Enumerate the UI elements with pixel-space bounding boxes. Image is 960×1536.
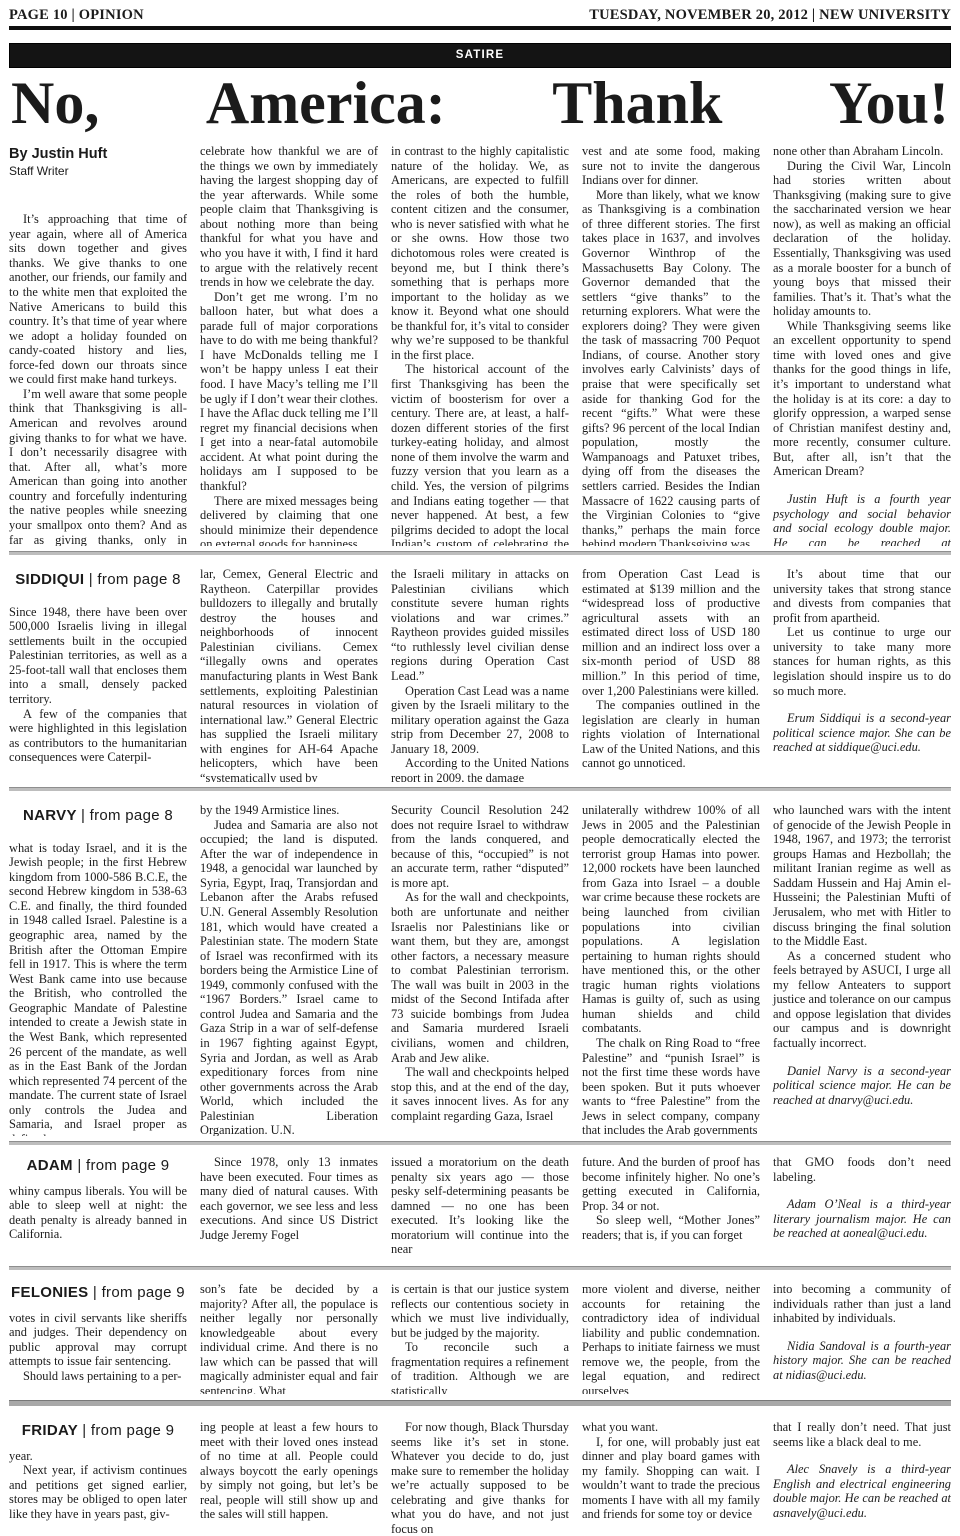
article-narvy-continuation: NARVY | from page 8what is today Israel,… [9, 803, 951, 1136]
paragraph: It’s about time that our university take… [773, 567, 951, 625]
paragraph: The companies outlined in the legislatio… [582, 698, 760, 771]
paragraph: Operation Cast Lead was a name given by … [391, 684, 569, 757]
column: vest and ate some food, making sure not … [582, 144, 760, 546]
paragraph: celebrate how thankful we are of the thi… [200, 144, 378, 290]
paragraph: who launched wars with the intent of gen… [773, 803, 951, 949]
section-divider [9, 551, 951, 555]
author-bio: Alec Snavely is a third-year English and… [773, 1462, 951, 1520]
column: lar, Cemex, General Electric and Raytheo… [200, 567, 378, 782]
continuation-header-name: FRIDAY [22, 1422, 82, 1439]
paragraph: It’s approaching that time of year again… [9, 212, 187, 387]
section-divider [9, 1266, 951, 1270]
column: ADAM | from page 9whiny campus liberals.… [9, 1155, 187, 1261]
column: Security Council Resolution 242 does not… [391, 803, 569, 1136]
author-bio: Nidia Sandoval is a fourth-year history … [773, 1339, 951, 1383]
column: celebrate how thankful we are of the thi… [200, 144, 378, 546]
continuation-header: FRIDAY | from page 9 [9, 1422, 187, 1440]
headline-word: America: [206, 68, 446, 138]
paragraph: Security Council Resolution 242 does not… [391, 803, 569, 890]
author-bio: Adam O’Neal is a third-year literary jou… [773, 1197, 951, 1241]
paragraph: more violent and diverse, neither accoun… [582, 1282, 760, 1394]
paragraph: To reconcile such a fragmentation requir… [391, 1340, 569, 1394]
paragraph: As for the wall and checkpoints, both ar… [391, 890, 569, 1065]
section-divider [9, 787, 951, 791]
author-bio: Justin Huft is a fourth year psychology … [773, 492, 951, 546]
column: by the 1949 Armistice lines.Judea and Sa… [200, 803, 378, 1136]
paragraph: Judea and Samaria are also not occupied;… [200, 818, 378, 1136]
paragraph: I, for one, will probably just eat dinne… [582, 1435, 760, 1522]
byline: By Justin HuftStaff Writer [9, 146, 187, 178]
paragraph: During the Civil War, Lincoln had storie… [773, 159, 951, 319]
continuation-header-name: NARVY [23, 807, 81, 824]
paragraph: According to the United Nations report i… [391, 756, 569, 782]
column: from Operation Cast Lead is estimated at… [582, 567, 760, 782]
paragraph: that I really don’t need. That just seem… [773, 1420, 951, 1449]
author-bio: Daniel Narvy is a second-year political … [773, 1064, 951, 1108]
paragraph: Should laws pertaining to a per- [9, 1369, 187, 1384]
paragraph: whiny campus liberals. You will be able … [9, 1184, 187, 1242]
column: For now though, Black Thursday seems lik… [391, 1420, 569, 1536]
column: in contrast to the highly capitalistic n… [391, 144, 569, 546]
issue-date: TUESDAY, NOVEMBER 20, 2012 | NEW UNIVERS… [589, 7, 951, 24]
column: It’s about time that our university take… [773, 567, 951, 782]
continuation-header: SIDDIQUI | from page 8 [9, 571, 187, 589]
column: is certain is that our justice system re… [391, 1282, 569, 1394]
column: SIDDIQUI | from page 8Since 1948, there … [9, 567, 187, 782]
headline-word: You! [829, 68, 949, 138]
column: more violent and diverse, neither accoun… [582, 1282, 760, 1394]
paragraph: So sleep well, “Mother Jones” readers; t… [582, 1213, 760, 1242]
paragraph: vest and ate some food, making sure not … [582, 144, 760, 188]
headline-word: No, [11, 68, 99, 138]
paragraph: There are mixed messages being delivered… [200, 494, 378, 547]
continuation-header: NARVY | from page 8 [9, 807, 187, 825]
column: into becoming a community of individuals… [773, 1282, 951, 1394]
paragraph: Let us continue to urge our university t… [773, 625, 951, 698]
satire-kicker: SATIRE [9, 43, 951, 68]
column: NARVY | from page 8what is today Israel,… [9, 803, 187, 1136]
headline-word: Thank [552, 68, 722, 138]
author-bio: Erum Siddiqui is a second-year political… [773, 711, 951, 755]
continuation-header-frompage: | from page 9 [77, 1157, 169, 1174]
section-divider [9, 1400, 951, 1406]
continuation-header-frompage: | from page 8 [81, 807, 173, 824]
byline-author: By Justin Huft [9, 146, 187, 163]
continuation-header-frompage: | from page 9 [82, 1422, 174, 1439]
paragraph: by the 1949 Armistice lines. [200, 803, 378, 818]
paragraph: that GMO foods don’t need labeling. [773, 1155, 951, 1184]
paragraph: The chalk on Ring Road to “free Palestin… [582, 1036, 760, 1136]
continuation-header-frompage: | from page 9 [93, 1284, 185, 1301]
paragraph: lar, Cemex, General Electric and Raytheo… [200, 567, 378, 782]
byline-role: Staff Writer [9, 164, 187, 178]
paragraph: A few of the companies that were highlig… [9, 707, 187, 765]
paragraph: what is today Israel, and it is the Jewi… [9, 841, 187, 1136]
continuation-header-name: SIDDIQUI [15, 571, 89, 588]
continuation-header: FELONIES | from page 9 [9, 1284, 187, 1302]
paragraph: Don’t get me wrong. I’m no balloon hater… [200, 290, 378, 494]
headline: No,America:ThankYou! [11, 68, 949, 138]
paragraph: the Israeli military in attacks on Pales… [391, 567, 569, 684]
newspaper-page: PAGE 10 | OPINION TUESDAY, NOVEMBER 20, … [0, 0, 960, 1536]
paragraph: The historical account of the first Than… [391, 362, 569, 546]
column: who launched wars with the intent of gen… [773, 803, 951, 1136]
column: son’s fate be decided by a majority? Aft… [200, 1282, 378, 1394]
paragraph: son’s fate be decided by a majority? Aft… [200, 1282, 378, 1394]
article-felonies-continuation: FELONIES | from page 9votes in civil ser… [9, 1282, 951, 1394]
column: that I really don’t need. That just seem… [773, 1420, 951, 1536]
continuation-header-name: FELONIES [11, 1284, 93, 1301]
paragraph: For now though, Black Thursday seems lik… [391, 1420, 569, 1536]
paragraph: ing people at least a few hours to meet … [200, 1420, 378, 1522]
article-main: By Justin HuftStaff WriterIt’s approachi… [9, 144, 951, 546]
column: future. And the burden of proof has beco… [582, 1155, 760, 1261]
column: FRIDAY | from page 9year.Next year, if a… [9, 1420, 187, 1536]
paragraph: As a concerned student who feels betraye… [773, 949, 951, 1051]
paragraph: what you want. [582, 1420, 760, 1435]
column: ing people at least a few hours to meet … [200, 1420, 378, 1536]
paragraph: is certain is that our justice system re… [391, 1282, 569, 1340]
column: Since 1978, only 13 inmates have been ex… [200, 1155, 378, 1261]
paragraph: issued a moratorium on the death penalty… [391, 1155, 569, 1257]
column: By Justin HuftStaff WriterIt’s approachi… [9, 144, 187, 546]
continuation-header-name: ADAM [27, 1157, 78, 1174]
column: issued a moratorium on the death penalty… [391, 1155, 569, 1261]
article-siddiqui-continuation: SIDDIQUI | from page 8Since 1948, there … [9, 567, 951, 782]
column: unilaterally withdrew 100% of all Jews i… [582, 803, 760, 1136]
paragraph: in contrast to the highly capitalistic n… [391, 144, 569, 362]
continuation-header-frompage: | from page 8 [89, 571, 181, 588]
article-adam-continuation: ADAM | from page 9whiny campus liberals.… [9, 1155, 951, 1261]
paragraph: votes in civil servants like sheriffs an… [9, 1311, 187, 1369]
paragraph: Since 1948, there have been over 500,000… [9, 605, 187, 707]
masthead: PAGE 10 | OPINION TUESDAY, NOVEMBER 20, … [9, 0, 951, 30]
paragraph: from Operation Cast Lead is estimated at… [582, 567, 760, 698]
column: none other than Abraham Lincoln.During t… [773, 144, 951, 546]
paragraph: Next year, if activism continues and pet… [9, 1463, 187, 1521]
column: the Israeli military in attacks on Pales… [391, 567, 569, 782]
paragraph: none other than Abraham Lincoln. [773, 144, 951, 159]
paragraph: into becoming a community of individuals… [773, 1282, 951, 1326]
continuation-header: ADAM | from page 9 [9, 1157, 187, 1175]
section-divider [9, 1141, 951, 1145]
page-folio: PAGE 10 | OPINION [9, 7, 144, 24]
paragraph: unilaterally withdrew 100% of all Jews i… [582, 803, 760, 1036]
paragraph: I’m well aware that some people think th… [9, 387, 187, 546]
article-friday-continuation: FRIDAY | from page 9year.Next year, if a… [9, 1420, 951, 1536]
column: what you want.I, for one, will probably … [582, 1420, 760, 1536]
paragraph: While Thanksgiving seems like an excelle… [773, 319, 951, 479]
paragraph: year. [9, 1449, 187, 1464]
paragraph: The wall and checkpoints helped stop thi… [391, 1065, 569, 1123]
column: that GMO foods don’t need labeling.Adam … [773, 1155, 951, 1261]
paragraph: More than likely, what we know as Thanks… [582, 188, 760, 546]
paragraph: future. And the burden of proof has beco… [582, 1155, 760, 1213]
paragraph: Since 1978, only 13 inmates have been ex… [200, 1155, 378, 1242]
column: FELONIES | from page 9votes in civil ser… [9, 1282, 187, 1394]
